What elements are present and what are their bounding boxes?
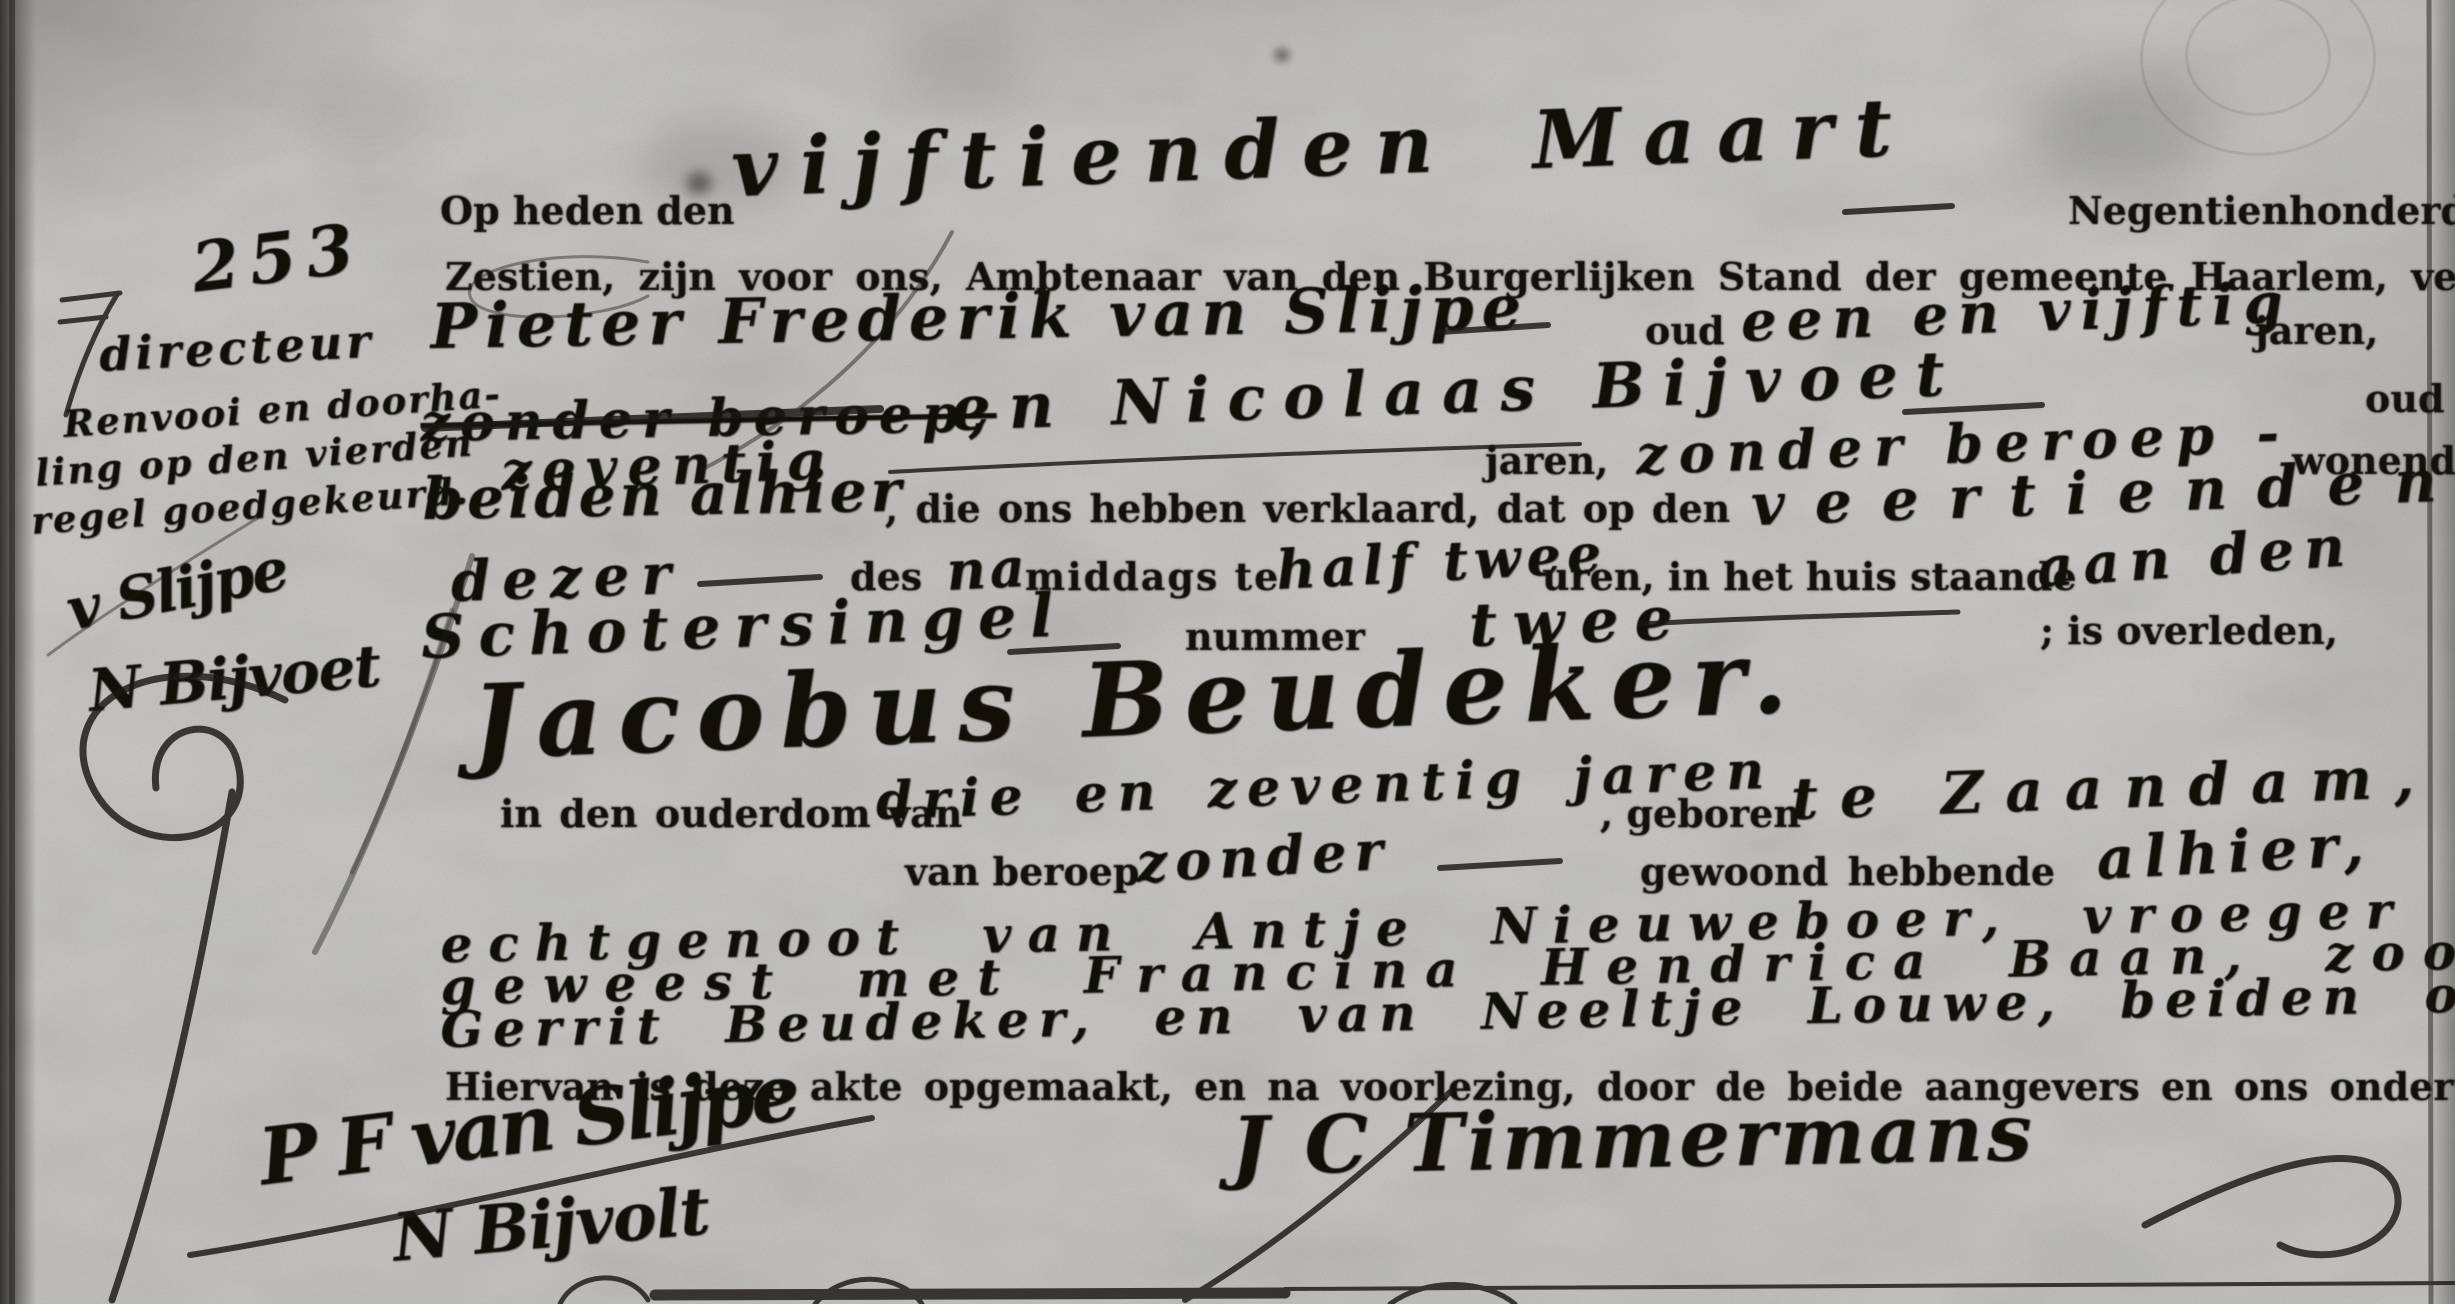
signature-registrar: J C Timmermans [1230, 1092, 2036, 1186]
hand-woonplaats: alhier, [2095, 815, 2375, 887]
hand-residence: beiden alhier [422, 462, 906, 528]
document-text-layer: 253 directeur Renvooi en doorha- ling op… [0, 0, 2455, 1304]
printed-van-beroep: van beroep [905, 853, 1139, 891]
signature-declarant-2: N Bijvolt [390, 1177, 712, 1270]
printed-oud-2: oud [2365, 380, 2445, 418]
hand-declarant1-name: Pieter Frederik van Slijpe [430, 277, 1529, 358]
printed-oud-1: oud [1645, 312, 1725, 350]
printed-geboren: , geboren [1600, 795, 1801, 833]
scanned-death-record-page: 253 directeur Renvooi en doorha- ling op… [0, 0, 2455, 1304]
printed-op-heden: Op heden den [440, 192, 735, 230]
printed-jaren-1: jaren, [2255, 312, 2378, 350]
hand-declarant1-age: een en vijftig [1740, 275, 2293, 350]
printed-year: Negentienhonderd [2068, 192, 2455, 230]
margin-insert-word: directeur [98, 318, 375, 378]
printed-overleden: ; is overleden, [2040, 612, 2338, 650]
hand-aan-den: aan den [2035, 518, 2356, 596]
printed-gewoond: gewoond hebbende [1640, 853, 2055, 891]
margin-signature-2: N Bijvoet [86, 637, 382, 720]
hand-beroep: zonder [1135, 823, 1392, 890]
hand-date: vijftienden Maart [730, 87, 1915, 208]
margin-signature-1: v Slijpe [62, 540, 291, 639]
printed-jaren-2: jaren, [1485, 442, 1608, 480]
record-number: 253 [188, 214, 367, 302]
